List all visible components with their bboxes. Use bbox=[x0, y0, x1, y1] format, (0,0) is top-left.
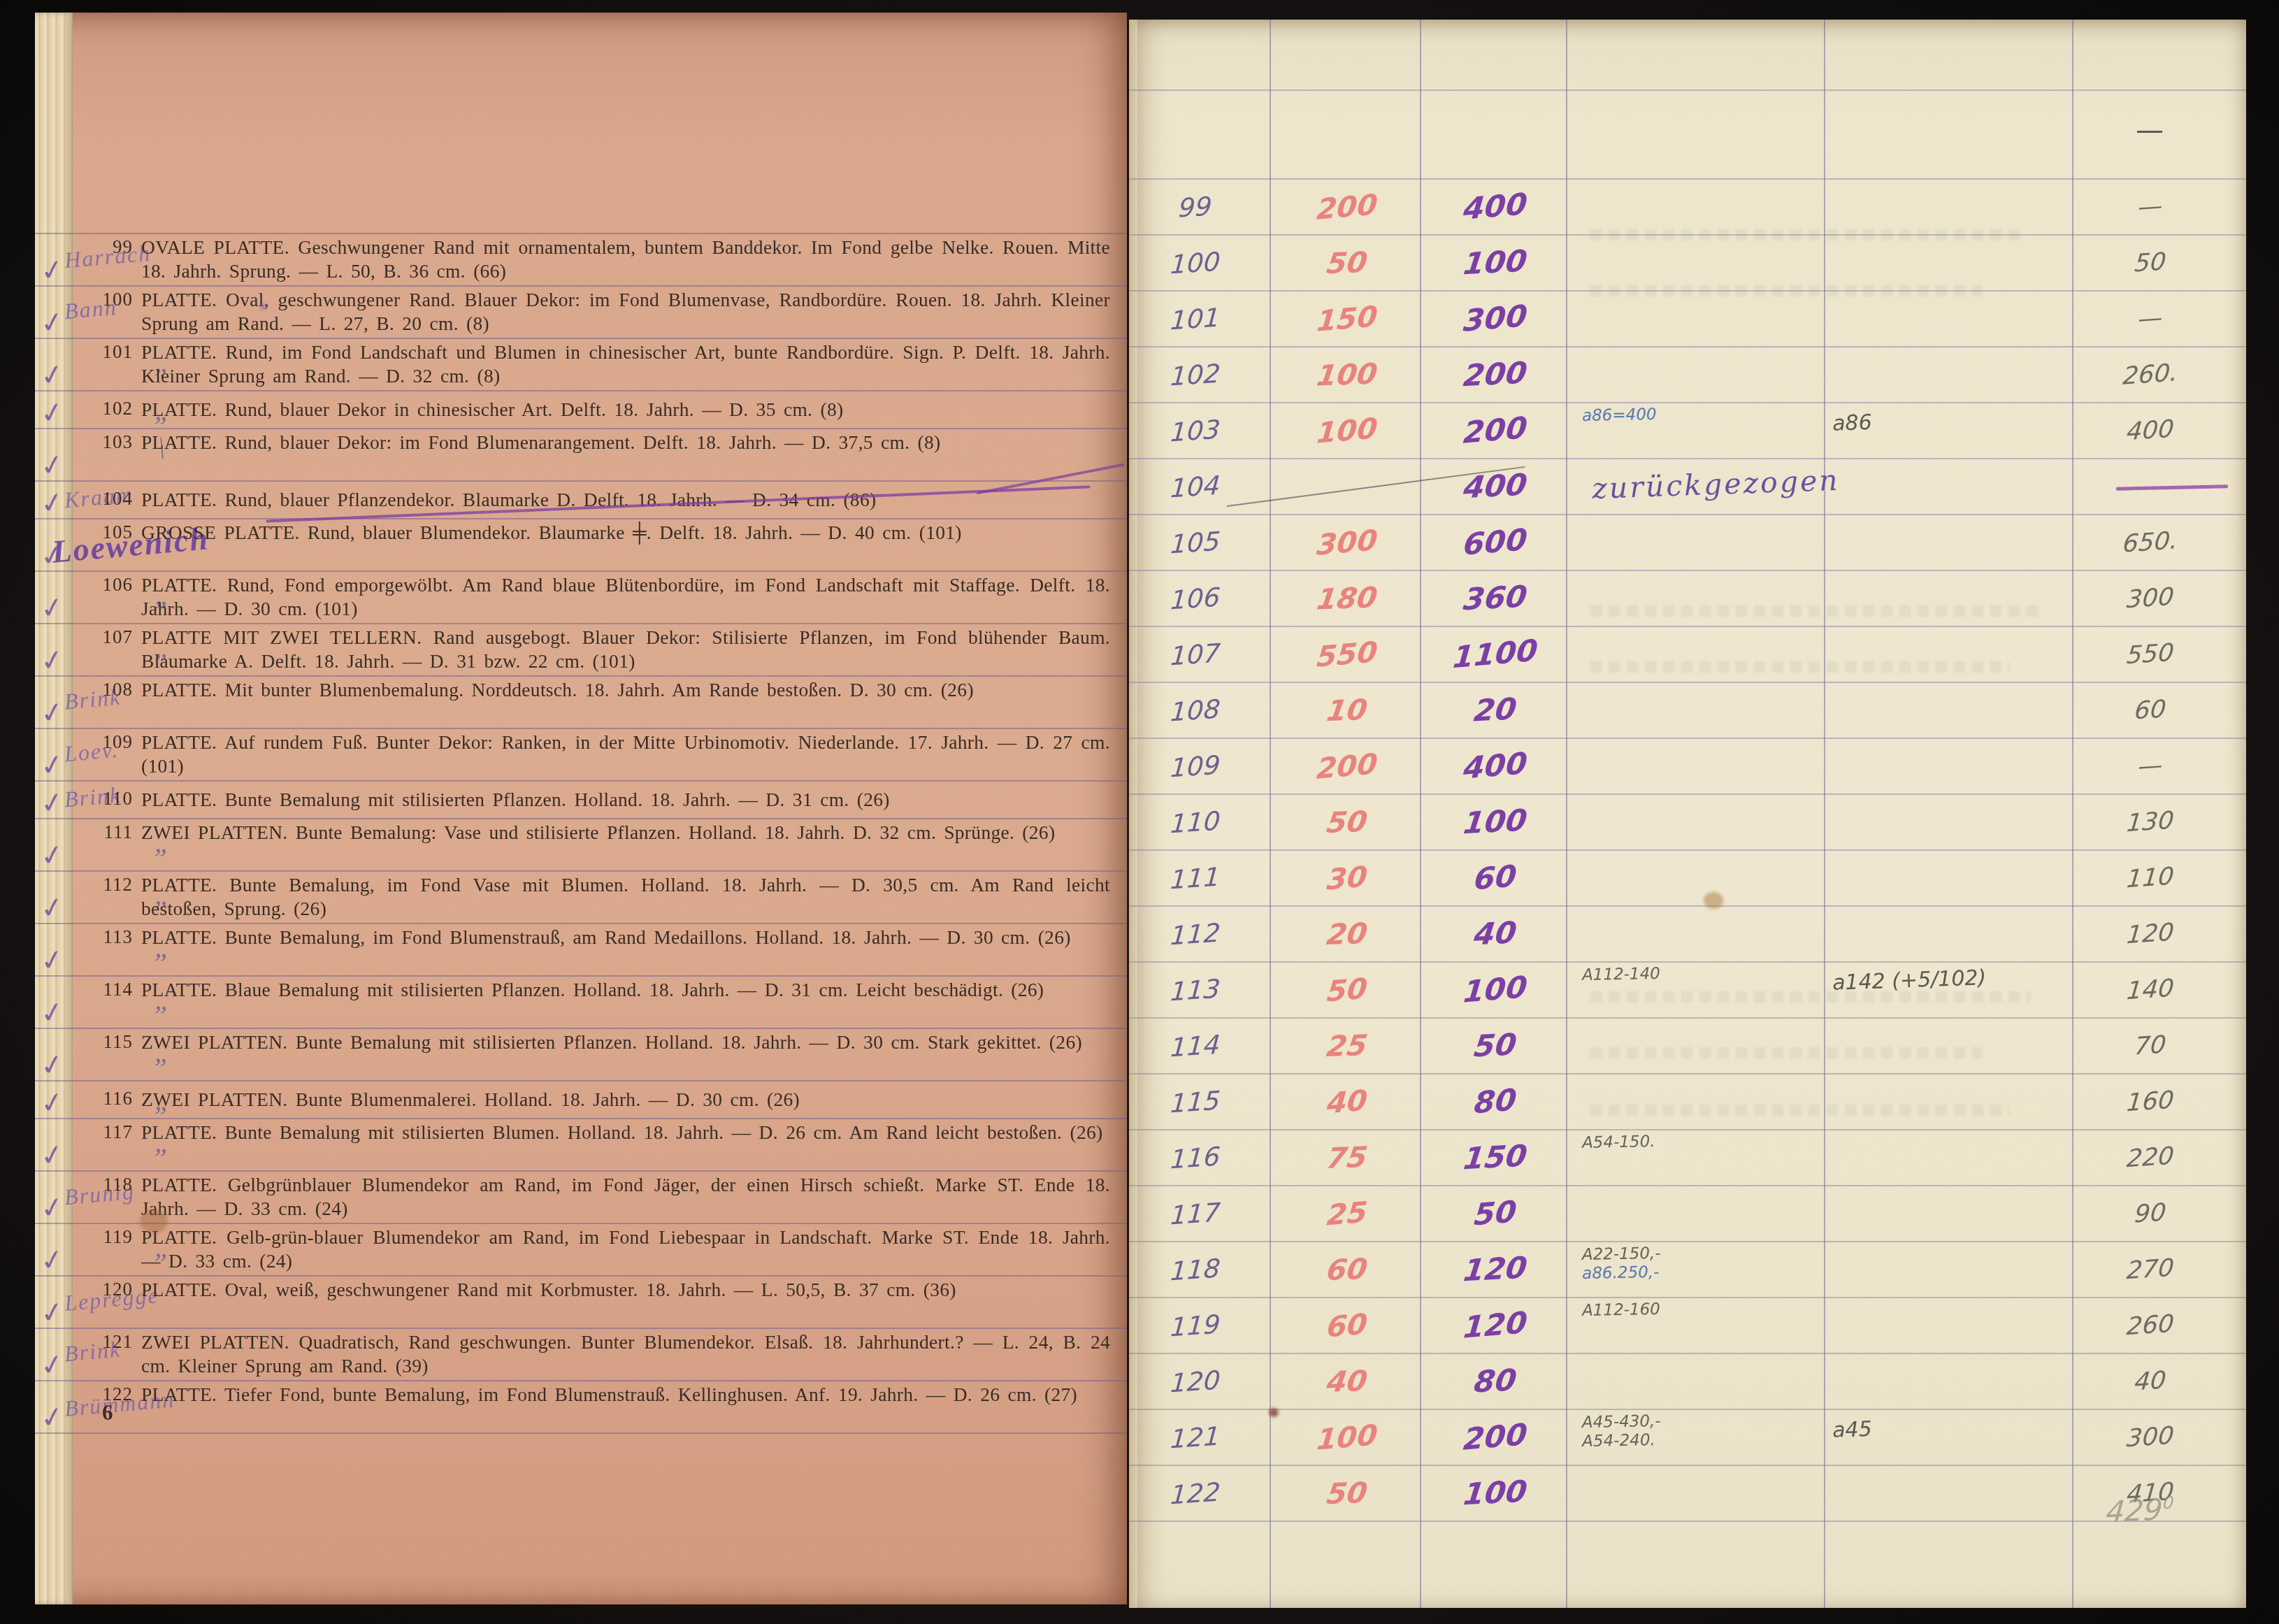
result-value: 40 bbox=[2074, 1349, 2227, 1414]
checkmark-annotation: ✓ bbox=[38, 1347, 66, 1383]
ghost-bleed bbox=[1590, 661, 2010, 673]
ledger-row: 99 200 400 — bbox=[1129, 178, 2246, 236]
estimate-price-red: 20 bbox=[1274, 905, 1420, 964]
ledger-lot-number: 122 bbox=[1146, 1463, 1244, 1523]
estimate-price-red: 100 bbox=[1274, 345, 1420, 405]
lot-description: PLATTE. Gelbgrünblauer Blumendekor am Ra… bbox=[141, 1173, 1110, 1221]
ledger-row: 121 100 200 A45-430,- A54-240. a45 300 bbox=[1129, 1410, 2246, 1466]
result-value: 550 bbox=[2074, 622, 2227, 687]
annotation-column2 bbox=[1832, 1186, 2067, 1195]
estimate-price-red: 50 bbox=[1274, 1464, 1420, 1523]
lot-number: 102 bbox=[95, 398, 133, 419]
annotation-column2 bbox=[1832, 683, 2067, 691]
estimate-price-red: 40 bbox=[1275, 1069, 1418, 1135]
result-value: 260. bbox=[2074, 343, 2227, 407]
estimate-price-red: 50 bbox=[1274, 793, 1420, 852]
limit-price-violet: 100 bbox=[1424, 1463, 1566, 1524]
checkmark-annotation: ✓ bbox=[38, 1242, 66, 1278]
annotation-column2 bbox=[1832, 515, 2067, 524]
lot-number: 112 bbox=[95, 874, 133, 896]
ledger-row: 102 100 200 260. bbox=[1129, 347, 2246, 403]
ledger-lot-number: 121 bbox=[1146, 1407, 1244, 1467]
lot-number: 109 bbox=[95, 731, 133, 753]
ledger-page: — 99 200 400 — 100 50 100 50 101 150 300… bbox=[1129, 20, 2246, 1608]
ghost-bleed bbox=[1590, 1047, 1982, 1058]
lot-number: 111 bbox=[95, 821, 133, 843]
result-value: 160 bbox=[2074, 1070, 2227, 1134]
lot-description: PLATTE. Oval, geschwungener Rand. Blauer… bbox=[141, 288, 1110, 336]
lot-description: PLATTE. Oval, weiß, geschwungener Rand m… bbox=[141, 1278, 1110, 1302]
ledger-row: 105 300 600 650. bbox=[1129, 515, 2246, 571]
catalog-entry-row: ✓ „ 115 ZWEI PLATTEN. Bunte Bemalung mit… bbox=[35, 1029, 1127, 1082]
estimate-price-red: 60 bbox=[1274, 1240, 1420, 1300]
checkmark-annotation: ✓ bbox=[38, 695, 66, 731]
checkmark-annotation: ✓ bbox=[38, 395, 66, 431]
lot-number: 110 bbox=[95, 788, 133, 810]
lot-number: 105 bbox=[95, 522, 133, 543]
ledger-lot-number: 106 bbox=[1146, 568, 1244, 628]
lot-number: 106 bbox=[95, 574, 133, 596]
catalog-entry-row: ✓ Harrach 99 OVALE PLATTE. Geschwungener… bbox=[35, 234, 1127, 287]
ledger-lot-number: 118 bbox=[1146, 1239, 1244, 1300]
ledger-row: 122 50 100 410 bbox=[1129, 1466, 2246, 1522]
result-value: — bbox=[2074, 175, 2227, 239]
result-value: 110 bbox=[2074, 846, 2227, 910]
ledger-lot-number: 115 bbox=[1146, 1071, 1244, 1132]
checkmark-annotation: ✓ bbox=[38, 1295, 66, 1330]
estimate-price-red: 30 bbox=[1275, 845, 1418, 912]
catalog-entry-row: ✓ „ 112 PLATTE. Bunte Bemalung, im Fond … bbox=[35, 872, 1127, 924]
annotation-column2 bbox=[1832, 1298, 2067, 1307]
result-value: 220 bbox=[2074, 1126, 2227, 1190]
annotation-column1: A112-140 bbox=[1582, 962, 1820, 985]
ledger-row: 112 20 40 120 bbox=[1129, 907, 2246, 963]
lot-description: ZWEI PLATTEN. Quadratisch, Rand geschwun… bbox=[141, 1330, 1110, 1378]
lot-description: PLATTE. Gelb-grün-blauer Blumendekor am … bbox=[141, 1226, 1110, 1273]
limit-price-violet: 360 bbox=[1424, 568, 1566, 629]
ledger-row: 109 200 400 — bbox=[1129, 739, 2246, 795]
estimate-price-red: 200 bbox=[1275, 733, 1418, 800]
result-value: 650. bbox=[2074, 510, 2227, 575]
ledger-lot-number: 102 bbox=[1146, 344, 1244, 405]
limit-price-violet: 120 bbox=[1424, 1239, 1566, 1300]
checkmark-annotation: ✓ bbox=[38, 838, 66, 873]
ruled-line bbox=[1129, 89, 2246, 91]
lot-number: 113 bbox=[95, 926, 133, 948]
annotation-column2 bbox=[1832, 907, 2067, 915]
limit-price-violet: 80 bbox=[1425, 1069, 1565, 1135]
ledger-lot-number: 112 bbox=[1146, 903, 1244, 964]
lot-description: PLATTE. Bunte Bemalung, im Fond Blumenst… bbox=[141, 926, 1110, 949]
catalog-entry-row: ✓ „ 107 PLATTE MIT ZWEI TELLERN. Rand au… bbox=[35, 624, 1127, 677]
book-spread-photo: ✓ Harrach 99 OVALE PLATTE. Geschwungener… bbox=[0, 0, 2279, 1624]
annotation-column2 bbox=[1832, 1354, 2067, 1363]
ledger-lot-number: 117 bbox=[1146, 1183, 1244, 1244]
annotation-column2 bbox=[1832, 571, 2067, 580]
pre-row-dash: — bbox=[2136, 115, 2164, 147]
ledger-row: 108 10 20 60 bbox=[1129, 683, 2246, 739]
ledger-lot-number: 108 bbox=[1146, 680, 1244, 740]
limit-price-violet: 600 bbox=[1425, 510, 1565, 575]
estimate-price-red: 550 bbox=[1275, 621, 1418, 688]
result-value: 120 bbox=[2074, 902, 2227, 966]
ghost-bleed bbox=[1590, 1105, 2010, 1116]
annotation-column2: a142 (+5/102) bbox=[1832, 963, 2067, 996]
ledger-row: 103 100 200 a86=400 a86 400 bbox=[1129, 403, 2246, 459]
checkmark-annotation: ✓ bbox=[38, 252, 66, 288]
lot-number: 100 bbox=[95, 289, 133, 310]
ledger-row: 114 25 50 70 bbox=[1129, 1019, 2246, 1075]
annotation-column1 bbox=[1582, 906, 1820, 910]
result-value: 50 bbox=[2074, 231, 2227, 295]
lot-description: ZWEI PLATTEN. Bunte Bemalung mit stilisi… bbox=[141, 1030, 1110, 1054]
result-value: 300 bbox=[2074, 566, 2227, 631]
estimate-price-red: 180 bbox=[1274, 569, 1420, 628]
ledger-lot-number: 114 bbox=[1146, 1015, 1244, 1076]
ledger-row: 111 30 60 110 bbox=[1129, 851, 2246, 907]
checkmark-annotation: ✓ bbox=[38, 747, 66, 783]
result-value: — bbox=[2074, 287, 2227, 351]
catalog-entry-row: ✓ „ 116 ZWEI PLATTEN. Bunte Blumenmalere… bbox=[35, 1082, 1127, 1119]
checkmark-annotation: ✓ bbox=[38, 357, 66, 393]
lot-description: PLATTE. Bunte Bemalung, im Fond Vase mit… bbox=[141, 873, 1110, 921]
annotation-column1 bbox=[1582, 515, 1820, 519]
catalog-entry-row: ✓ Kraam 104 PLATTE. Rund, blauer Pflanze… bbox=[35, 482, 1127, 519]
estimate-price-red bbox=[1274, 457, 1420, 517]
lot-number: 115 bbox=[95, 1031, 133, 1053]
checkmark-annotation: ✓ bbox=[38, 590, 66, 626]
ledger-row: 104 400 zurückgezogen bbox=[1129, 459, 2246, 515]
ledger-lot-number: 120 bbox=[1146, 1351, 1244, 1411]
annotation-column2: a45 bbox=[1832, 1410, 2067, 1443]
annotation-column2 bbox=[1832, 851, 2067, 859]
annotation-column2: a86 bbox=[1832, 403, 2067, 436]
catalog-entry-row: ✓ Brümmann 122 PLATTE. Tiefer Fond, bunt… bbox=[35, 1381, 1127, 1434]
annotation-column1 bbox=[1582, 626, 1820, 631]
catalog-entry-row: ✓ „ 119 PLATTE. Gelb-grün-blauer Blumend… bbox=[35, 1224, 1127, 1277]
annotation-column1: A54-150. bbox=[1582, 1130, 1820, 1153]
annotation-column2 bbox=[1832, 347, 2067, 356]
lot-description: PLATTE. Bunte Bemalung mit stilisierten … bbox=[141, 788, 1110, 812]
ghost-bleed bbox=[1590, 285, 1982, 296]
lot-description: PLATTE MIT ZWEI TELLERN. Rand ausgebogt.… bbox=[141, 626, 1110, 673]
limit-price-violet: 50 bbox=[1425, 1181, 1565, 1246]
limit-price-violet: 100 bbox=[1424, 791, 1566, 853]
annotation-column2 bbox=[1832, 1130, 2067, 1139]
estimate-price-red: 100 bbox=[1275, 398, 1418, 464]
estimate-price-red: 50 bbox=[1275, 957, 1418, 1023]
catalog-entry-list: ✓ Harrach 99 OVALE PLATTE. Geschwungener… bbox=[35, 233, 1127, 1434]
lot-description: GROSSE PLATTE. Rund, blauer Blumendekor.… bbox=[141, 521, 1110, 545]
lot-description: PLATTE. Rund, Fond emporgewölbt. Am Rand… bbox=[141, 573, 1110, 621]
checkmark-annotation: ✓ bbox=[38, 890, 66, 926]
checkmark-annotation: ✓ bbox=[38, 305, 66, 340]
ledger-lot-number: 103 bbox=[1146, 400, 1244, 461]
lot-description: PLATTE. Auf rundem Fuß. Bunter Dekor: Ra… bbox=[141, 731, 1110, 778]
annotation-column1: a86=400 bbox=[1582, 403, 1820, 426]
result-value: 270 bbox=[2074, 1237, 2227, 1302]
estimate-price-red: 40 bbox=[1274, 1352, 1420, 1411]
checkmark-annotation: ✓ bbox=[38, 1400, 66, 1435]
annotation-column2 bbox=[1832, 180, 2067, 188]
limit-price-violet: 400 bbox=[1425, 174, 1565, 240]
annotation-column1 bbox=[1582, 179, 1820, 183]
ledger-lot-number: 105 bbox=[1146, 512, 1244, 573]
lot-description: OVALE PLATTE. Geschwungener Rand mit orn… bbox=[141, 236, 1110, 283]
annotation-column1 bbox=[1582, 1353, 1820, 1358]
annotation-column2 bbox=[1832, 1242, 2067, 1251]
limit-price-violet: 400 bbox=[1424, 456, 1566, 517]
ledger-row-list: 99 200 400 — 100 50 100 50 101 150 300 —… bbox=[1129, 178, 2246, 1522]
ledger-row: 115 40 80 160 bbox=[1129, 1075, 2246, 1130]
lot-number: 114 bbox=[95, 979, 133, 1000]
catalog-entry-row: ✓ Loewenich 105 GROSSE PLATTE. Rund, bla… bbox=[35, 519, 1127, 572]
lot-description: PLATTE. Rund, blauer Dekor in chinesisch… bbox=[141, 398, 1110, 422]
ledger-lot-number: 109 bbox=[1146, 735, 1244, 796]
ink-dot bbox=[260, 303, 266, 310]
limit-price-violet: 300 bbox=[1425, 286, 1565, 352]
result-value: 90 bbox=[2074, 1181, 2227, 1246]
estimate-price-red: 150 bbox=[1275, 286, 1418, 352]
limit-price-violet: 200 bbox=[1425, 398, 1565, 464]
lot-description: PLATTE. Rund, blauer Pflanzendekor. Blau… bbox=[141, 488, 1110, 512]
annotation-column1 bbox=[1582, 347, 1820, 351]
annotation-column2 bbox=[1832, 1019, 2067, 1027]
limit-price-violet: 60 bbox=[1425, 845, 1565, 911]
estimate-price-red: 75 bbox=[1274, 1128, 1420, 1188]
lot-number: 101 bbox=[95, 341, 133, 363]
result-value: 70 bbox=[2074, 1014, 2227, 1078]
lot-number: 108 bbox=[95, 679, 133, 700]
annotation-column1 bbox=[1582, 794, 1820, 798]
catalog-entry-row: ✓ „ 114 PLATTE. Blaue Bemalung mit stili… bbox=[35, 977, 1127, 1029]
annotation-column2 bbox=[1832, 627, 2067, 635]
ledger-row: 100 50 100 50 bbox=[1129, 236, 2246, 292]
ledger-row: 101 150 300 — bbox=[1129, 292, 2246, 347]
catalog-entry-row: ✓ „ 117 PLATTE. Bunte Bemalung mit stili… bbox=[35, 1119, 1127, 1172]
catalog-entry-row: ✓ „ 113 PLATTE. Bunte Bemalung, im Fond … bbox=[35, 924, 1127, 977]
estimate-price-red: 25 bbox=[1274, 1016, 1420, 1076]
catalog-entry-row: ✓ „ 111 ZWEI PLATTEN. Bunte Bemalung: Va… bbox=[35, 819, 1127, 872]
ledger-row: 107 550 1100 550 bbox=[1129, 627, 2246, 683]
lot-number: 118 bbox=[95, 1174, 133, 1195]
ledger-lot-number: 100 bbox=[1146, 232, 1244, 293]
lot-number: 104 bbox=[95, 488, 133, 510]
result-value: — bbox=[2074, 734, 2227, 798]
ledger-row: 113 50 100 A112-140 a142 (+5/102) 140 bbox=[1129, 963, 2246, 1019]
limit-price-violet: 200 bbox=[1425, 1404, 1565, 1470]
ghost-bleed bbox=[1590, 605, 2038, 617]
stain bbox=[1269, 1408, 1279, 1417]
result-value: 300 bbox=[2074, 1405, 2227, 1469]
estimate-price-red: 25 bbox=[1275, 1181, 1418, 1247]
grand-total: 4290 bbox=[2105, 1492, 2175, 1530]
annotation-column2 bbox=[1832, 795, 2067, 803]
result-value: 140 bbox=[2074, 958, 2227, 1022]
checkmark-annotation: ✓ bbox=[38, 942, 66, 978]
annotation-column1 bbox=[1582, 570, 1820, 575]
annotation-column1 bbox=[1582, 1074, 1820, 1078]
estimate-price-red: 100 bbox=[1275, 1404, 1418, 1471]
lot-description: PLATTE. Rund, im Fond Landschaft und Blu… bbox=[141, 340, 1110, 388]
checkmark-annotation: ✓ bbox=[38, 447, 66, 483]
limit-price-violet: 120 bbox=[1425, 1293, 1565, 1358]
lot-number: 121 bbox=[95, 1331, 133, 1353]
annotation-column2 bbox=[1832, 739, 2067, 747]
stain bbox=[140, 1209, 168, 1233]
lot-description: ZWEI PLATTEN. Bunte Bemalung: Vase und s… bbox=[141, 821, 1110, 845]
annotation-column1 bbox=[1582, 1186, 1820, 1190]
result-value: 130 bbox=[2074, 790, 2227, 854]
lot-number: 99 bbox=[95, 236, 133, 258]
ledger-lot-number: 99 bbox=[1146, 176, 1244, 237]
lot-number: 117 bbox=[95, 1121, 133, 1143]
catalog-entry-row: ✓ „ 102 PLATTE. Rund, blauer Dekor in ch… bbox=[35, 391, 1127, 429]
catalog-entry-row: ✓ Brunig 118 PLATTE. Gelbgrünblauer Blum… bbox=[35, 1172, 1127, 1224]
annotation-column2 bbox=[1832, 1466, 2067, 1474]
annotation-column1 bbox=[1582, 1465, 1820, 1469]
annotation-column1 bbox=[1582, 850, 1820, 854]
ghost-bleed bbox=[1590, 991, 2031, 1003]
limit-price-violet: 1100 bbox=[1425, 621, 1565, 687]
limit-price-violet: 100 bbox=[1424, 232, 1566, 294]
ledger-lot-number: 104 bbox=[1146, 456, 1244, 517]
checkmark-annotation: ✓ bbox=[38, 1085, 66, 1121]
lot-description: PLATTE. Tiefer Fond, bunte Bemalung, im … bbox=[141, 1383, 1110, 1407]
estimate-price-red: 50 bbox=[1274, 233, 1420, 293]
lot-description: PLATTE. Mit bunter Blumenbemalung. Nordd… bbox=[141, 678, 1110, 702]
result-value: 260 bbox=[2074, 1293, 2227, 1358]
stain bbox=[1704, 892, 1723, 909]
ledger-row: 118 60 120 A22-150,-a86.250,- 270 bbox=[1129, 1242, 2246, 1298]
lot-number: 107 bbox=[95, 626, 133, 648]
catalog-entry-row: ✓ Lepregge 120 PLATTE. Oval, weiß, gesch… bbox=[35, 1277, 1127, 1329]
checkmark-annotation: ✓ bbox=[38, 1047, 66, 1083]
ledger-row: 117 25 50 90 bbox=[1129, 1186, 2246, 1242]
annotation-column1 bbox=[1582, 738, 1820, 742]
ledger-row: 120 40 80 40 bbox=[1129, 1354, 2246, 1410]
lot-number: 116 bbox=[95, 1088, 133, 1109]
catalog-entry-row: ✓ Bann 100 PLATTE. Oval, geschwungener R… bbox=[35, 287, 1127, 339]
checkmark-annotation: ✓ bbox=[38, 642, 66, 678]
catalog-entry-row: ✓ Loev. 109 PLATTE. Auf rundem Fuß. Bunt… bbox=[35, 729, 1127, 782]
limit-price-violet: 150 bbox=[1424, 1127, 1566, 1188]
result-value: 400 bbox=[2074, 398, 2227, 463]
ledger-lot-number: 111 bbox=[1146, 847, 1244, 908]
checkmark-annotation: ✓ bbox=[38, 1190, 66, 1226]
ledger-lot-number: 101 bbox=[1146, 288, 1244, 349]
catalog-entry-row: ✓ | 103 PLATTE. Rund, blauer Dekor: im F… bbox=[35, 429, 1127, 482]
ledger-row: 119 60 120 A112-160 260 bbox=[1129, 1298, 2246, 1354]
catalog-entry-row: ✓ Brink 110 PLATTE. Bunte Bemalung mit s… bbox=[35, 782, 1127, 819]
lot-description: PLATTE. Bunte Bemalung mit stilisierten … bbox=[141, 1121, 1110, 1144]
annotation-column1 bbox=[1582, 1018, 1820, 1022]
limit-price-violet: 400 bbox=[1425, 733, 1565, 799]
checkmark-annotation: ✓ bbox=[38, 995, 66, 1030]
ledger-row: 116 75 150 A54-150. 220 bbox=[1129, 1130, 2246, 1186]
checkmark-annotation: ✓ bbox=[38, 1137, 66, 1173]
lot-number: 103 bbox=[95, 431, 133, 453]
ledger-lot-number: 119 bbox=[1146, 1295, 1244, 1356]
lot-number: 119 bbox=[95, 1226, 133, 1248]
limit-price-violet: 20 bbox=[1424, 680, 1566, 741]
result-value: 60 bbox=[2074, 678, 2227, 742]
checkmark-annotation: ✓ bbox=[38, 485, 66, 521]
lot-description: PLATTE. Blaue Bemalung mit stilisierten … bbox=[141, 978, 1110, 1002]
annotation-column1 bbox=[1582, 682, 1820, 687]
catalog-entry-row: ✓ Brink 121 ZWEI PLATTEN. Quadratisch, R… bbox=[35, 1329, 1127, 1381]
limit-price-violet: 200 bbox=[1424, 344, 1566, 405]
limit-price-violet: 40 bbox=[1424, 903, 1566, 965]
estimate-price-red: 10 bbox=[1274, 681, 1420, 740]
ledger-lot-number: 113 bbox=[1146, 959, 1244, 1020]
annotation-column2 bbox=[1832, 1075, 2067, 1083]
estimate-price-red: 300 bbox=[1275, 510, 1418, 576]
annotation-column1: A112-160 bbox=[1582, 1298, 1820, 1321]
annotation-column1: A45-430,- A54-240. bbox=[1582, 1409, 1820, 1451]
catalog-page: ✓ Harrach 99 OVALE PLATTE. Geschwungener… bbox=[35, 13, 1127, 1604]
annotation-column1 bbox=[1582, 459, 1820, 463]
limit-price-violet: 100 bbox=[1425, 957, 1565, 1023]
estimate-price-red: 200 bbox=[1275, 174, 1418, 240]
catalog-entry-row: ✓ Brink 108 PLATTE. Mit bunter Blumenbem… bbox=[35, 677, 1127, 729]
ledger-lot-number: 110 bbox=[1146, 791, 1244, 852]
ledger-row: 110 50 100 130 bbox=[1129, 795, 2246, 851]
lot-description: PLATTE. Rund, blauer Dekor: im Fond Blum… bbox=[141, 431, 1110, 454]
limit-price-violet: 80 bbox=[1424, 1351, 1566, 1412]
catalog-entry-row: ✓ „ 101 PLATTE. Rund, im Fond Landschaft… bbox=[35, 339, 1127, 391]
lot-number: 120 bbox=[95, 1279, 133, 1300]
ghost-bleed bbox=[1590, 229, 2024, 240]
ledger-lot-number: 107 bbox=[1146, 624, 1244, 684]
withdrawn-note: zurückgezogen bbox=[1591, 455, 2074, 505]
lot-description: ZWEI PLATTEN. Bunte Blumenmalerei. Holla… bbox=[141, 1088, 1110, 1112]
estimate-price-red: 60 bbox=[1275, 1293, 1418, 1359]
ledger-lot-number: 116 bbox=[1146, 1127, 1244, 1188]
lot-number: 122 bbox=[95, 1384, 133, 1405]
checkmark-annotation: ✓ bbox=[38, 785, 66, 821]
annotation-column1: A22-150,-a86.250,- bbox=[1582, 1242, 1820, 1284]
limit-price-violet: 50 bbox=[1424, 1015, 1566, 1077]
page-number: 6 bbox=[102, 1400, 113, 1425]
ledger-row: 106 180 360 300 bbox=[1129, 571, 2246, 627]
catalog-entry-row: ✓ „ 106 PLATTE. Rund, Fond emporgewölbt.… bbox=[35, 572, 1127, 624]
